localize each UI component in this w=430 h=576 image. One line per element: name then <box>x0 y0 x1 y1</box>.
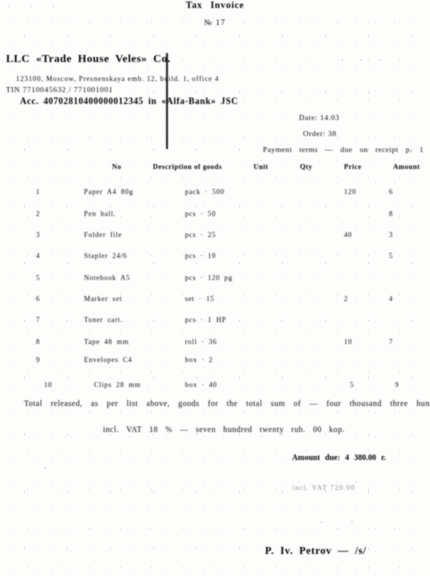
cell-description: Tape 48 mm <box>84 338 129 346</box>
header-bank-line: Acc. 40702810400000012345 in «Alfa-Bank»… <box>20 97 238 106</box>
table-row: 9 Envelopes C4 box · 2 <box>0 356 430 366</box>
table-row: 5 Notebook A5 pcs · 120 pg <box>0 274 430 284</box>
cell-description: Toner cart. <box>84 316 123 324</box>
scanned-document-page: { "scan": { "corner_marks": "· · ·", "ti… <box>0 0 430 576</box>
cell-description: Clips 28 mm <box>94 381 141 389</box>
side-note-marks: · · · <box>341 57 388 65</box>
amount-due-line: Amount due: 4 380.00 r. <box>292 454 386 462</box>
scan-crease-line <box>166 53 168 149</box>
cell-unit: box · 2 <box>185 356 213 364</box>
header-address-line: 123100, Moscow, Presnenskaya emb. 12, bu… <box>16 76 219 83</box>
cell-description: Stapler 24/6 <box>84 252 127 260</box>
cell-price: 2 <box>344 295 348 303</box>
cell-price: 5 <box>350 381 354 389</box>
table-header-row: No Description of goods Unit Qty Price A… <box>112 164 420 171</box>
table-row: 8 Tape 48 mm roll · 36 10 7 <box>0 338 430 348</box>
header-tax-id-line: TIN 7710045632 / 771001001 <box>6 86 113 94</box>
cell-description: Paper A4 80g <box>84 188 133 196</box>
stray-mark: · <box>44 465 47 473</box>
cell-unit: pcs · 10 <box>185 252 216 260</box>
cell-amount: 4 <box>389 295 393 303</box>
cell-unit: roll · 36 <box>185 338 217 346</box>
cell-description: Envelopes C4 <box>84 356 132 364</box>
cell-no: 9 <box>36 356 40 364</box>
cell-no: 4 <box>36 252 40 260</box>
table-row: 3 Folder file pcs · 25 40 3 <box>0 231 430 241</box>
meta-terms-line: Payment terms — due on receipt p. 1 <box>263 146 424 154</box>
col-description: Description of goods <box>153 164 222 171</box>
cell-amount: 7 <box>389 338 393 346</box>
cell-amount: 9 <box>395 381 399 389</box>
cell-no: 5 <box>36 274 40 282</box>
cell-no: 7 <box>36 316 40 324</box>
cell-no: 3 <box>36 231 40 239</box>
cell-no: 8 <box>36 338 40 346</box>
cell-amount: 5 <box>389 252 393 260</box>
col-qty: Qty <box>300 164 312 171</box>
document-ink-layer: · · · Tax Invoice № 17 LLC «Trade House … <box>0 0 430 576</box>
header-company-name: LLC «Trade House Veles» Co. <box>6 54 171 65</box>
col-price: Price <box>344 164 362 171</box>
meta-order-line: Order: 38 <box>303 130 336 138</box>
cell-no: 2 <box>36 210 40 218</box>
cell-unit: pcs · 50 <box>185 210 216 218</box>
cell-description: Pen ball. <box>84 210 116 218</box>
cell-no: 10 <box>44 381 52 389</box>
cell-price: 120 <box>344 188 356 196</box>
cell-unit: pcs · 120 pg <box>185 274 233 282</box>
cell-no: 1 <box>36 188 40 196</box>
col-no: No <box>112 164 121 171</box>
signature-line: P. Iv. Petrov — /s/ <box>265 547 366 558</box>
cell-description: Folder file <box>84 231 122 239</box>
document-title: Tax Invoice <box>0 2 430 12</box>
totals-line-1: Total released, as per list above, goods… <box>24 400 422 408</box>
col-amount: Amount <box>393 164 420 171</box>
cell-amount: 3 <box>389 231 393 239</box>
cell-unit: set · 15 <box>185 295 214 303</box>
table-row: 6 Marker set set · 15 2 4 <box>0 295 430 305</box>
signature-dots: · · <box>320 519 353 527</box>
cell-no: 6 <box>36 295 40 303</box>
vat-note-line: incl. VAT 720.00 <box>292 485 355 492</box>
document-number: № 17 <box>0 19 430 27</box>
cell-unit: pcs · 1 HP <box>185 316 226 324</box>
table-row: 4 Stapler 24/6 pcs · 10 5 <box>0 252 430 262</box>
cell-description: Notebook A5 <box>84 274 130 282</box>
table-row: 1 Paper A4 80g pack · 500 120 6 <box>0 188 430 198</box>
cell-amount: 6 <box>389 188 393 196</box>
meta-date-line: Date: 14.03 <box>299 114 340 122</box>
totals-line-2: incl. VAT 18 % — seven hundred twenty ru… <box>103 426 403 434</box>
cell-amount: 8 <box>389 210 393 218</box>
cell-unit: pack · 500 <box>185 188 225 196</box>
table-row: 10 Clips 28 mm box · 40 5 9 <box>0 381 430 391</box>
cell-unit: box · 40 <box>185 381 217 389</box>
cell-price: 10 <box>344 338 352 346</box>
table-row: 2 Pen ball. pcs · 50 8 <box>0 210 430 220</box>
cell-price: 40 <box>344 231 352 239</box>
cell-unit: pcs · 25 <box>185 231 216 239</box>
table-row: 7 Toner cart. pcs · 1 HP <box>0 316 430 326</box>
col-unit: Unit <box>254 164 269 171</box>
cell-description: Marker set <box>84 295 122 303</box>
